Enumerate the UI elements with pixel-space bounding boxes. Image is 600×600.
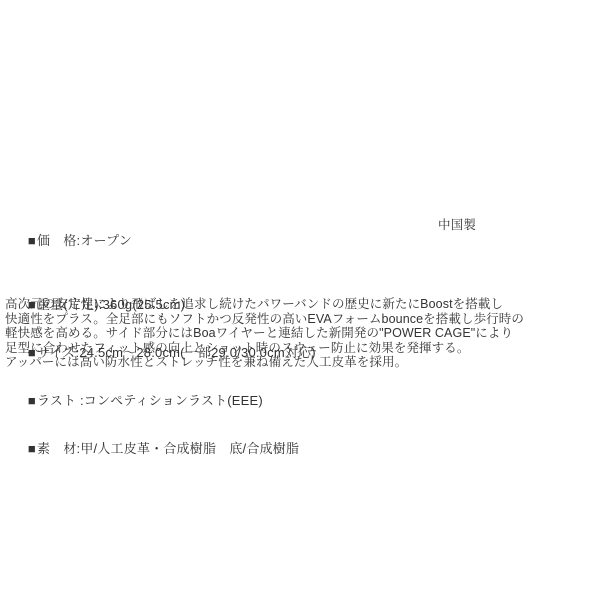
- spec-text-last: ラスト :コンペティションラスト(EEE): [37, 393, 263, 408]
- description-line: 快適性をプラス。全足部にもソフトかつ反発性の高いEVAフォームbounceを搭載…: [5, 312, 595, 327]
- spec-row-material: ■素 材:甲/人工皮革・合成樹脂 底/合成樹脂: [5, 425, 595, 473]
- description-line: アッパーには高い防水性とストレッチ性を兼ね備えた人工皮革を採用。: [5, 355, 595, 370]
- description-line: 足型に合わせたフィット感の向上とショット時のスウェー防止に効果を発揮する。: [5, 341, 595, 356]
- square-bullet-icon: ■: [28, 441, 36, 456]
- country-of-origin-label: 中国製: [438, 217, 476, 233]
- spec-row-last: ■ラスト :コンペティションラスト(EEE): [5, 377, 595, 425]
- spec-row-price: ■価 格:オープン 中国製: [5, 217, 595, 281]
- description-line: 高次元の安定性により飛ばしを追求し続けたパワーバンドの歴史に新たにBoostを搭…: [5, 297, 595, 312]
- product-description: 高次元の安定性により飛ばしを追求し続けたパワーバンドの歴史に新たにBoostを搭…: [5, 297, 595, 370]
- spec-text-material: 素 材:甲/人工皮革・合成樹脂 底/合成樹脂: [37, 441, 299, 456]
- product-description-sheet: ■価 格:オープン 中国製 ■重量(片足):360g(25.5cm) ■サイズ:…: [0, 0, 600, 600]
- spec-text-price: 価 格:オープン: [37, 233, 132, 248]
- square-bullet-icon: ■: [28, 393, 36, 408]
- square-bullet-icon: ■: [28, 233, 36, 248]
- description-line: 軽快感を高める。サイド部分にはBoaワイヤーと連結した新開発の"POWER CA…: [5, 326, 595, 341]
